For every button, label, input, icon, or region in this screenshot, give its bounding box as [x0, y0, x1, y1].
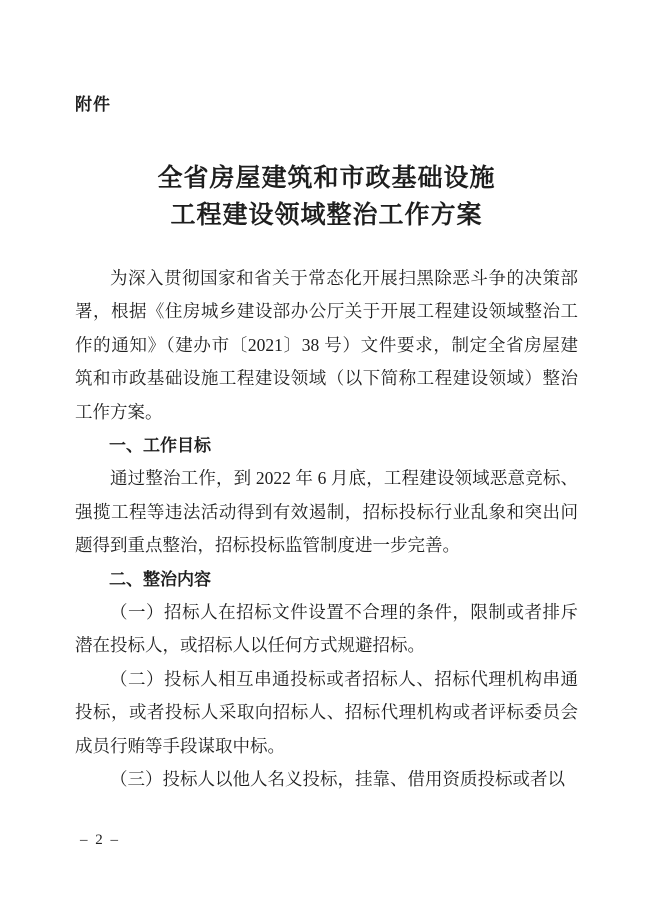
document-title: 全省房屋建筑和市政基础设施 工程建设领域整治工作方案 [0, 160, 653, 234]
document-body: 为深入贯彻国家和省关于常态化开展扫黑除恶斗争的决策部署，根据《住房城乡建设部办公… [75, 262, 578, 797]
body-paragraph: （三）投标人以他人名义投标，挂靠、借用资质投标或者以 [75, 763, 578, 796]
body-paragraph: 为深入贯彻国家和省关于常态化开展扫黑除恶斗争的决策部署，根据《住房城乡建设部办公… [75, 262, 578, 429]
body-paragraph: （二）投标人相互串通投标或者招标人、招标代理机构串通投标，或者投标人采取向招标人… [75, 663, 578, 763]
body-paragraph: （一）招标人在招标文件设置不合理的条件，限制或者排斥潜在投标人，或招标人以任何方… [75, 596, 578, 663]
document-page: 附件 全省房屋建筑和市政基础设施 工程建设领域整治工作方案 为深入贯彻国家和省关… [0, 0, 653, 905]
section-heading: 二、整治内容 [75, 563, 578, 596]
body-paragraph: 通过整治工作，到 2022 年 6 月底，工程建设领域恶意竞标、强揽工程等违法活… [75, 462, 578, 562]
page-number: – 2 – [80, 832, 120, 849]
document-title-line1: 全省房屋建筑和市政基础设施 [0, 160, 653, 197]
document-title-line2: 工程建设领域整治工作方案 [0, 197, 653, 234]
attachment-label: 附件 [75, 93, 111, 117]
section-heading: 一、工作目标 [75, 429, 578, 462]
